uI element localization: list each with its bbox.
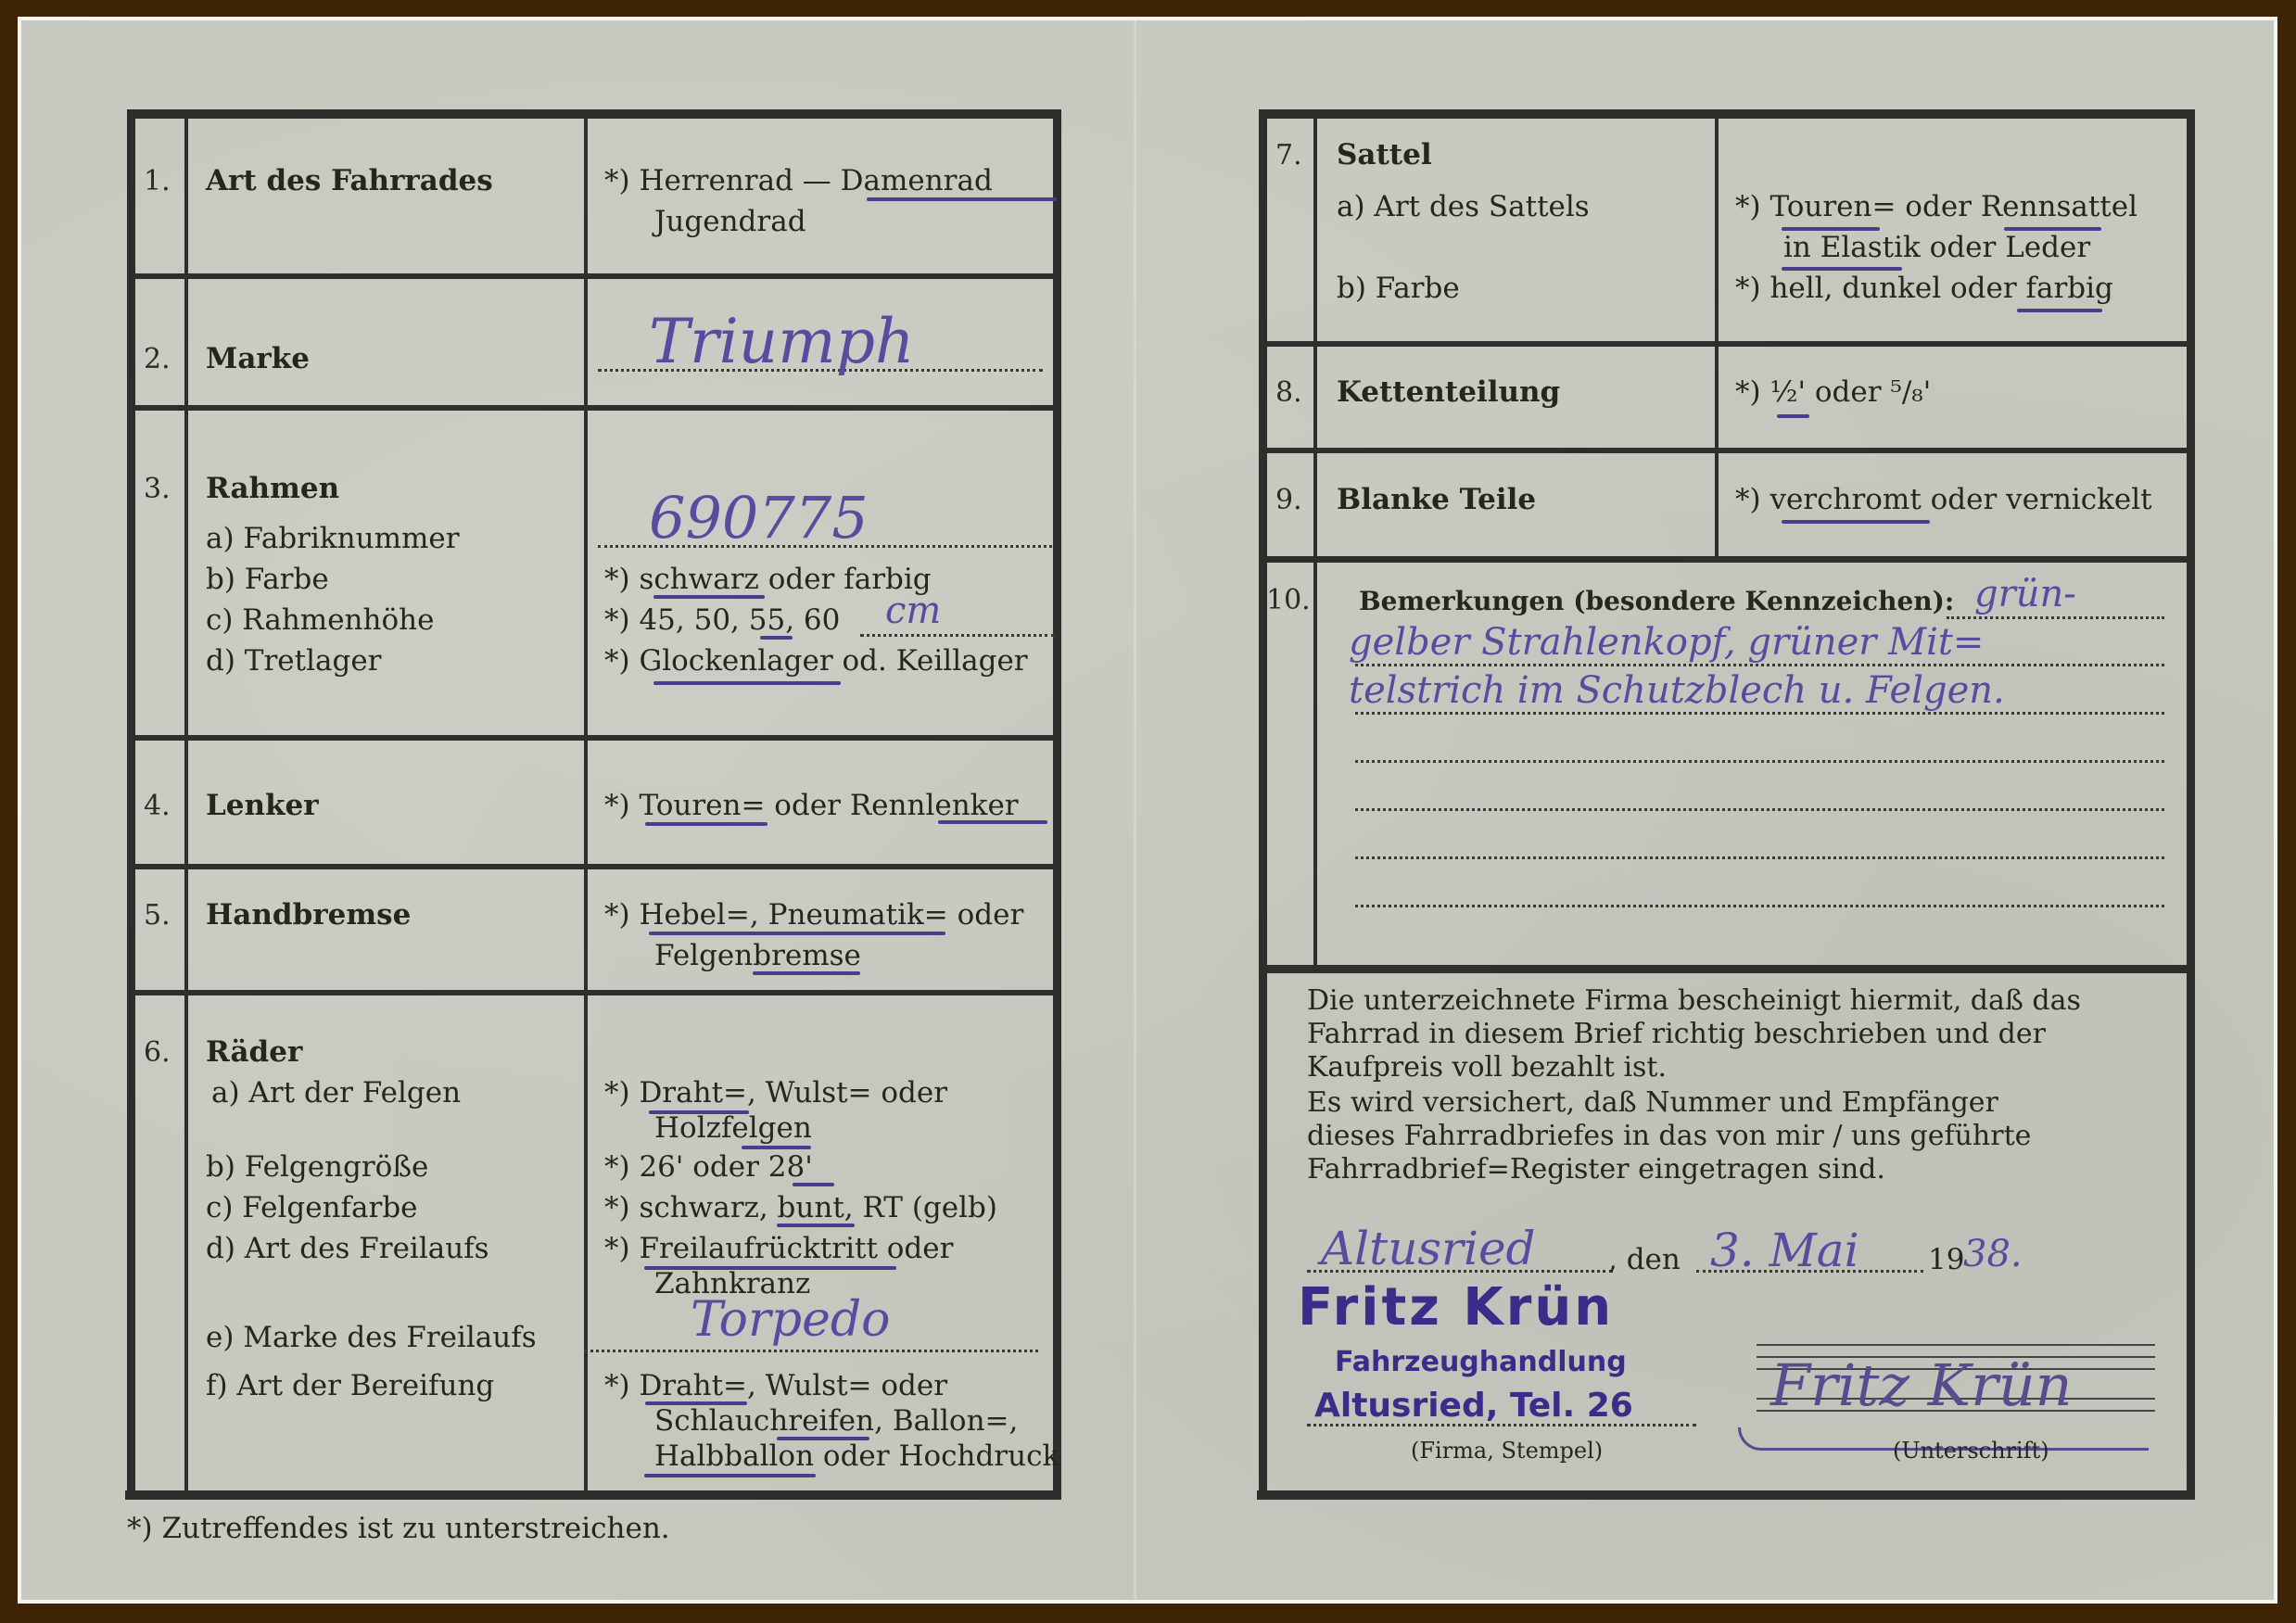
saddle-type-options: *) Touren= oder Rennsattel bbox=[1735, 189, 2137, 224]
certification-line-3: Kaufpreis voll bezahlt ist. bbox=[1307, 1051, 1667, 1084]
handbrake-options-2: Felgenbremse bbox=[654, 938, 861, 973]
date-handwritten: 3. Mai bbox=[1710, 1224, 1859, 1277]
rim-type-options: *) Draht=, Wulst= oder bbox=[604, 1075, 947, 1110]
bottom-bracket-options: *) Glockenlager od. Keillager bbox=[604, 643, 1028, 678]
underline-reifen bbox=[777, 1437, 869, 1440]
remarks-line-2 bbox=[1355, 664, 2164, 666]
row-number: 6. bbox=[144, 1036, 171, 1069]
year-prefix: 19 bbox=[1928, 1242, 1964, 1277]
remarks-line-4 bbox=[1355, 760, 2164, 763]
sub-label-bottom-bracket: d) Tretlager bbox=[206, 643, 382, 678]
tyre-type-options: *) Draht=, Wulst= oder bbox=[604, 1368, 947, 1403]
signature-caption: (Unterschrift) bbox=[1893, 1433, 2049, 1468]
sub-label-freewheel-brand: e) Marke des Freilaufs bbox=[206, 1320, 537, 1355]
bright-parts-options: *) verchromt oder vernickelt bbox=[1735, 482, 2152, 517]
brand-handwritten: Triumph bbox=[649, 306, 915, 377]
underline-damenrad bbox=[867, 197, 1057, 201]
freewheel-brand-handwritten: Torpedo bbox=[691, 1292, 890, 1348]
field-label-bicycle-type: Art des Fahrrades bbox=[206, 163, 493, 198]
freewheel-brand-dotted-line bbox=[584, 1350, 1038, 1352]
year-handwritten: 38. bbox=[1963, 1233, 2023, 1275]
frame-color-options: *) schwarz oder farbig bbox=[604, 562, 932, 597]
field-label-bright-parts: Blanke Teile bbox=[1337, 482, 1536, 517]
field-label-saddle: Sattel bbox=[1337, 137, 1432, 172]
row-number: 10. bbox=[1266, 584, 1311, 616]
remarks-line-7 bbox=[1355, 905, 2164, 907]
field-label-chain-pitch: Kettenteilung bbox=[1337, 374, 1560, 410]
remarks-line-5 bbox=[1355, 808, 2164, 811]
sub-label-serial: a) Fabriknummer bbox=[206, 521, 460, 556]
field-label-frame: Rahmen bbox=[206, 471, 339, 506]
stamp-company-name: Fritz Krün bbox=[1298, 1277, 1614, 1338]
unit-dotted-line bbox=[860, 634, 1055, 637]
underline-schwarz bbox=[653, 595, 765, 599]
freewheel-type-options: *) Freilaufrücktritt oder bbox=[604, 1231, 953, 1266]
underline-verchromt bbox=[1782, 520, 1930, 524]
bicycle-type-options: *) Herrenrad — Damenrad bbox=[604, 163, 993, 198]
bicycle-type-options-2: Jugendrad bbox=[654, 204, 806, 239]
underline-touren bbox=[645, 822, 767, 826]
underline-halbballon bbox=[644, 1474, 816, 1477]
underline-touren-sattel bbox=[1782, 227, 1880, 231]
underline-28 bbox=[793, 1183, 834, 1186]
underline-freilaufruecktritt bbox=[644, 1266, 896, 1270]
handbrake-options: *) Hebel=, Pneumatik= oder bbox=[604, 897, 1023, 932]
sub-label-saddle-color: b) Farbe bbox=[1337, 271, 1460, 306]
remarks-line-3 bbox=[1355, 712, 2164, 715]
saddle-color-options: *) hell, dunkel oder farbig bbox=[1735, 271, 2113, 306]
underline-bunt bbox=[777, 1224, 855, 1227]
rim-type-options-2: Holzfelgen bbox=[654, 1110, 812, 1146]
remarks-handwritten-3: telstrich im Schutzblech u. Felgen. bbox=[1349, 669, 2005, 712]
certification-line-4: Es wird versichert, daß Nummer und Empfä… bbox=[1307, 1086, 1998, 1120]
row-number: 8. bbox=[1275, 376, 1302, 409]
sub-label-rim-type: a) Art der Felgen bbox=[211, 1075, 461, 1110]
underline-sattel bbox=[2004, 227, 2101, 231]
tyre-type-options-2: Schlauchreifen, Ballon=, bbox=[654, 1403, 1018, 1439]
remarks-handwritten-1: grün- bbox=[1974, 573, 2076, 615]
sub-label-freewheel-type: d) Art des Freilaufs bbox=[206, 1231, 489, 1266]
underline-bremse bbox=[753, 971, 860, 975]
signature-line bbox=[1757, 1344, 2155, 1346]
sub-label-color: b) Farbe bbox=[206, 562, 329, 597]
row-number: 4. bbox=[144, 790, 171, 822]
serial-number-handwritten: 690775 bbox=[649, 484, 869, 552]
underline-lenker bbox=[938, 820, 1047, 824]
certification-line-6: Fahrradbrief=Register eingetragen sind. bbox=[1307, 1153, 1885, 1186]
certification-line-5: dieses Fahrradbriefes in das von mir / u… bbox=[1307, 1120, 2031, 1153]
signature-handwritten: Fritz Krün bbox=[1770, 1351, 2073, 1419]
handlebar-options: *) Touren= oder Rennlenker bbox=[604, 788, 1019, 823]
sub-label-saddle-type: a) Art des Sattels bbox=[1337, 189, 1590, 224]
field-label-remarks: Bemerkungen (besondere Kennzeichen): bbox=[1359, 584, 1954, 619]
underline-draht bbox=[649, 1110, 749, 1114]
saddle-type-options-2: in Elastik oder Leder bbox=[1783, 230, 2090, 265]
field-label-wheels: Räder bbox=[206, 1034, 302, 1070]
remarks-line-1 bbox=[1947, 616, 2164, 619]
stamp-business: Fahrzeughandlung bbox=[1335, 1346, 1627, 1378]
certification-line-1: Die unterzeichnete Firma bescheinigt hie… bbox=[1307, 984, 2081, 1018]
rim-size-options: *) 26' oder 28' bbox=[604, 1149, 813, 1185]
row-number: 3. bbox=[144, 473, 171, 505]
row-number: 1. bbox=[144, 165, 171, 197]
footnote: *) Zutreffendes ist zu unterstreichen. bbox=[127, 1511, 670, 1546]
sub-label-rim-size: b) Felgengröße bbox=[206, 1149, 428, 1185]
sub-label-tyre-type: f) Art der Bereifung bbox=[206, 1368, 494, 1403]
stamp-address: Altusried, Tel. 26 bbox=[1314, 1387, 1633, 1425]
tyre-type-options-3: Halbballon oder Hochdruck bbox=[654, 1439, 1059, 1474]
field-label-handlebar: Lenker bbox=[206, 788, 319, 823]
sub-label-rim-color: c) Felgenfarbe bbox=[206, 1190, 418, 1225]
row-number: 2. bbox=[144, 343, 171, 375]
row-number: 9. bbox=[1275, 484, 1302, 516]
underline-half bbox=[1777, 414, 1809, 418]
field-label-handbrake: Handbremse bbox=[206, 897, 411, 932]
chain-pitch-options: *) ½' oder ⁵/₈' bbox=[1735, 374, 1931, 410]
den-label: , den bbox=[1608, 1242, 1681, 1277]
sub-label-frame-height: c) Rahmenhöhe bbox=[206, 602, 434, 638]
remarks-handwritten-2: gelber Strahlenkopf, grüner Mit= bbox=[1349, 621, 1984, 664]
underline-draht-2 bbox=[645, 1401, 747, 1405]
certification-line-2: Fahrrad in diesem Brief richtig beschrie… bbox=[1307, 1018, 2046, 1051]
row-number: 5. bbox=[144, 899, 171, 932]
stamp-caption: (Firma, Stempel) bbox=[1411, 1433, 1603, 1468]
rim-color-options: *) schwarz, bunt, RT (gelb) bbox=[604, 1190, 997, 1225]
center-fold bbox=[1133, 20, 1138, 1600]
underline-hebel-pneumatik bbox=[649, 932, 945, 935]
place-handwritten: Altusried bbox=[1321, 1222, 1536, 1275]
stamp-dotted-line bbox=[1307, 1424, 1696, 1426]
field-label-brand: Marke bbox=[206, 341, 310, 376]
frame-height-options: *) 45, 50, 55, 60 bbox=[604, 602, 840, 638]
unit-handwritten: cm bbox=[885, 590, 941, 632]
underline-55 bbox=[760, 636, 793, 640]
row-number: 7. bbox=[1275, 139, 1302, 171]
underline-glockenlager bbox=[653, 681, 841, 685]
remarks-line-6 bbox=[1355, 856, 2164, 859]
underline-farbig bbox=[2017, 309, 2102, 312]
